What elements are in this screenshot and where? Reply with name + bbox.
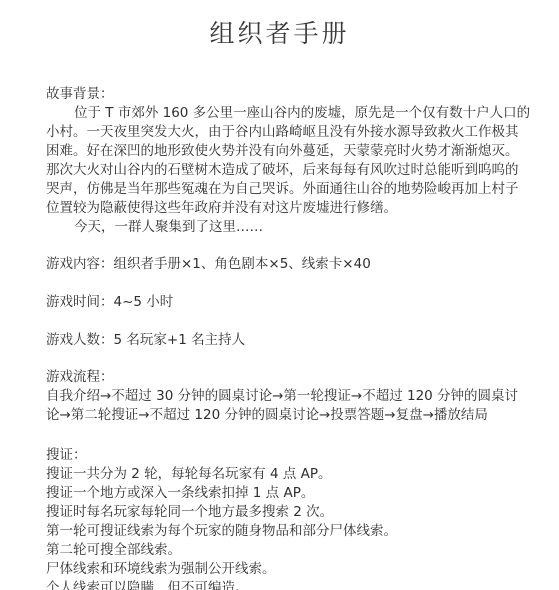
rule-line: 搜证时每名玩家每轮同一个地方最多搜索 2 次。 [46,503,333,522]
paragraph-line: 小村。一天夜里突发大火，由于谷内山路崎岖且没有外接水源导致救火工作极其 [46,123,516,142]
rule-line: 第二轮可搜全部线索。 [46,541,181,560]
section-heading: 故事背景： [46,85,114,104]
paragraph-line: 位于 T 市郊外 160 多公里一座山谷内的废墟，原先是一个仅有数十户人口的 [74,104,530,123]
rule-line: 尸体线索和环境线索为强制公开线索。 [46,560,276,579]
rule-line: 搜证一共分为 2 轮，每轮每名玩家有 4 点 AP。 [46,465,332,484]
section-heading: 游戏流程： [46,368,114,387]
paragraph-line: 困难。好在深凹的地形致使火势并没有向外蔓延，天蒙蒙亮时火势才渐渐熄灭。 [46,142,516,161]
game-duration: 游戏时间：4~5 小时 [46,293,173,312]
flow-line: 论→第二轮搜证→不超过 120 分钟的圆桌讨论→投票答题→复盘→播放结局 [46,406,488,425]
rule-line: 个人线索可以隐瞒，但不可编造。 [46,579,249,590]
rule-line: 第一轮可搜证线索为每个玩家的随身物品和部分尸体线索。 [46,522,397,541]
game-content: 游戏内容：组织者手册×1、角色剧本×5、线索卡×40 [46,255,371,274]
section-heading: 搜证： [46,446,87,465]
page-title: 组织者手册 [0,14,559,50]
paragraph-line: 今天，一群人聚集到了这里…… [74,218,263,237]
paragraph-line: 位置较为隐蔽使得这些年政府并没有对这片废墟进行修缮。 [46,199,397,218]
player-count: 游戏人数：5 名玩家+1 名主持人 [46,331,245,350]
flow-line: 自我介绍→不超过 30 分钟的圆桌讨论→第一轮搜证→不超过 120 分钟的圆桌讨 [46,387,516,406]
paragraph-line: 哭声，仿佛是当年那些冤魂在为自己哭诉。外面通往山谷的地势险峻再加上村子 [46,180,516,199]
rule-line: 搜证一个地方或深入一条线索扣掉 1 点 AP。 [46,484,314,503]
paragraph-line: 那次大火对山谷内的石壁树木造成了破坏，后来每每有风吹过时总能听到呜呜的 [46,161,516,180]
